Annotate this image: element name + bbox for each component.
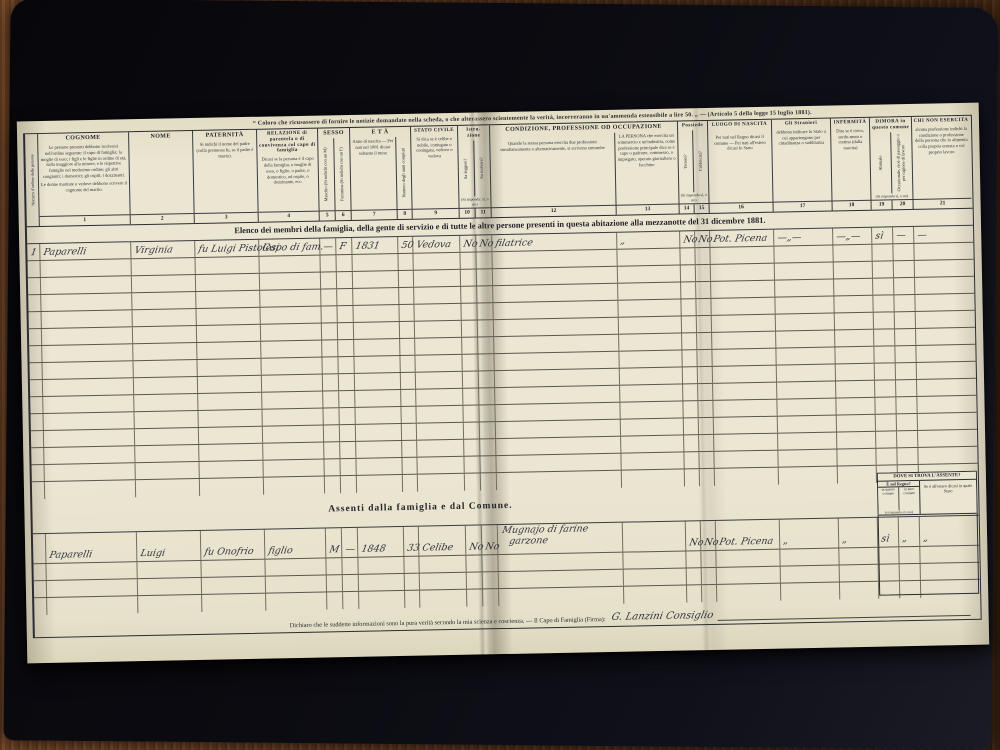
cell [44, 429, 135, 447]
cell [483, 572, 499, 588]
cell [260, 307, 321, 324]
cell [621, 435, 684, 452]
cell [915, 294, 973, 311]
cell [31, 448, 44, 464]
cell [682, 316, 697, 332]
handwritten-entry: „ [782, 537, 789, 548]
cell: „ [780, 518, 840, 548]
cell [357, 475, 403, 493]
cell [356, 441, 402, 458]
cell [43, 361, 134, 379]
cell [359, 591, 405, 609]
handwritten-entry: Mugnajo di farine garzone [499, 524, 589, 548]
cell [684, 435, 699, 451]
cell: fu Onofrio [201, 530, 266, 560]
cell [921, 563, 979, 580]
cell [715, 468, 779, 486]
cell [873, 261, 894, 277]
cell [28, 295, 41, 311]
handwritten-entry: 33 [406, 544, 420, 555]
cell [320, 255, 336, 271]
cell [681, 282, 696, 298]
cell: —„— [774, 229, 833, 246]
cell [353, 271, 399, 288]
cell [340, 459, 356, 475]
cell [682, 350, 697, 366]
cell: 1831 [352, 237, 398, 254]
cell [873, 278, 894, 294]
handwritten-entry: figlio [267, 546, 293, 557]
cell [778, 449, 837, 466]
cell [336, 255, 352, 271]
cell [711, 264, 775, 281]
cell [480, 439, 496, 455]
cell [621, 418, 684, 435]
cell [34, 598, 47, 615]
cell [45, 480, 136, 499]
cell [900, 581, 921, 598]
cell [695, 248, 710, 264]
cell [400, 339, 415, 355]
cell [260, 273, 321, 290]
cell [30, 363, 43, 379]
cell [699, 418, 714, 434]
cell [467, 572, 483, 588]
cell: Pot. Picena [710, 230, 774, 247]
cell: Paparelli [40, 242, 131, 260]
cell [202, 577, 266, 594]
cell [915, 277, 973, 294]
col-stato-civile: STATO CIVILE Si dica se è celibe o nubil… [411, 126, 460, 219]
cell [196, 291, 260, 308]
cell [879, 564, 900, 580]
cell [34, 581, 47, 597]
cell [776, 347, 835, 364]
cell [465, 473, 481, 490]
cell [712, 315, 776, 332]
cell [416, 372, 463, 389]
cell [712, 349, 776, 366]
cell [354, 356, 400, 373]
cell [619, 316, 682, 333]
cell [260, 290, 321, 307]
cell [401, 390, 416, 406]
cell [493, 284, 618, 302]
cell: M [326, 528, 343, 557]
cell [44, 412, 135, 430]
col-relazione: RELAZIONE di parentela o di convivenza c… [257, 129, 320, 222]
cell [42, 310, 133, 328]
cell [263, 426, 324, 443]
cell [696, 265, 711, 281]
cell [697, 350, 712, 366]
cell [324, 425, 340, 441]
cell [338, 323, 354, 339]
col-cognome: COGNOME Le persone presenti debbono iscr… [38, 132, 131, 226]
cell [478, 337, 494, 353]
cell [339, 374, 355, 390]
cell [138, 595, 202, 613]
handwritten-entry: —„— [776, 233, 802, 244]
cell [420, 573, 467, 590]
cell [618, 283, 681, 300]
cell [683, 367, 698, 383]
cell [697, 333, 712, 349]
cell [698, 384, 713, 400]
cell [262, 409, 323, 426]
cell [681, 265, 696, 281]
cell [624, 585, 687, 603]
cell [323, 391, 339, 407]
cell [624, 568, 687, 585]
cell [402, 424, 417, 440]
cell [713, 400, 777, 417]
cell [44, 446, 135, 464]
cell [327, 592, 343, 609]
cell [777, 381, 836, 398]
cell [339, 391, 355, 407]
cell: fu Luigi Pistolesi [195, 240, 259, 257]
cell [324, 442, 340, 458]
cell [493, 301, 618, 319]
cell [479, 388, 495, 404]
cell [467, 589, 483, 606]
cell [343, 592, 359, 609]
census-sheet: “ Coloro che ricusassero di fornire le n… [17, 103, 989, 664]
cell [41, 293, 132, 311]
cell: Pot. Picena [716, 520, 781, 550]
cell [414, 270, 461, 287]
cell [322, 340, 338, 356]
cell: 33 [404, 527, 420, 556]
cell [29, 346, 42, 362]
cell [418, 474, 465, 492]
cell [837, 449, 876, 466]
cell [682, 333, 697, 349]
handwritten-entry: „ [841, 535, 848, 546]
cell [132, 258, 196, 275]
cell [710, 247, 774, 264]
cell: No [460, 235, 476, 251]
cell [714, 417, 778, 434]
cell [898, 465, 919, 482]
cell: — [914, 226, 972, 243]
cell [684, 418, 699, 434]
cell [47, 579, 138, 597]
cell [495, 386, 620, 404]
cell [917, 396, 975, 413]
cell [779, 466, 838, 484]
cell [43, 395, 134, 413]
cell [199, 444, 263, 461]
cell [354, 322, 400, 339]
cell [259, 256, 320, 273]
cell [399, 288, 414, 304]
cell [400, 322, 415, 338]
col-possiede: Possiede Terreni? Fabbricati? (Si rispon… [678, 121, 710, 214]
cell: — [893, 227, 914, 243]
cell [321, 306, 337, 322]
cell [896, 380, 917, 396]
cell [133, 326, 197, 343]
cell [135, 428, 199, 445]
cell [28, 261, 41, 277]
cell [498, 553, 623, 571]
col-luogo-nascita: LUOGO DI NASCITA Pei nati nel Regno dica… [708, 120, 774, 213]
cell [879, 581, 900, 598]
cell [696, 282, 711, 298]
cell [687, 585, 702, 602]
cell [337, 289, 353, 305]
cell [340, 425, 356, 441]
cell [699, 435, 714, 451]
cell [353, 288, 399, 305]
cell [834, 279, 873, 296]
cell [341, 476, 357, 493]
cell [876, 448, 897, 464]
cell [623, 521, 687, 551]
cell: 50 [398, 237, 413, 253]
cell [464, 456, 480, 472]
cell [479, 405, 495, 421]
cell [33, 534, 47, 563]
cell [916, 328, 974, 345]
cell [342, 558, 358, 574]
cell [462, 320, 478, 336]
handwritten-entry: No [703, 538, 719, 549]
cell [326, 558, 342, 574]
cell [619, 350, 682, 367]
cell [482, 555, 498, 571]
cell [894, 295, 915, 311]
cell [415, 355, 462, 372]
cell [875, 363, 896, 379]
cell [464, 439, 480, 455]
cell [714, 451, 778, 468]
cell [42, 344, 133, 362]
cell: „ [839, 518, 879, 548]
cell [921, 580, 979, 598]
cell [914, 243, 972, 260]
cell [477, 286, 493, 302]
cell [620, 367, 683, 384]
cell [875, 397, 896, 413]
cell [43, 378, 134, 396]
cell [322, 357, 338, 373]
census-table: Numero d'ordine delle persone COGNOME Le… [23, 115, 982, 638]
cell [876, 414, 897, 430]
cell [197, 342, 261, 359]
handwritten-entry: No [688, 538, 704, 549]
cell [460, 252, 476, 268]
cell: filatrice [492, 233, 617, 251]
cell [495, 369, 620, 387]
cell [261, 341, 322, 358]
col-istruzione: Istru- zione Sa leggere? Sa scrivere? (S… [458, 125, 492, 218]
cell [135, 411, 199, 428]
cell [262, 375, 323, 392]
cell [834, 262, 873, 279]
cell [402, 441, 417, 457]
cell [400, 356, 415, 372]
cell [895, 329, 916, 345]
cell [621, 452, 684, 469]
cell: —„— [833, 228, 872, 245]
cell [681, 299, 696, 315]
cell [781, 565, 840, 582]
cell [197, 359, 261, 376]
cell [353, 305, 399, 322]
col-dimora: DIMORA in questo comune Abituale Occasio… [870, 117, 914, 210]
cell [702, 585, 717, 602]
cell [894, 261, 915, 277]
cell [337, 306, 353, 322]
cell [262, 392, 323, 409]
cell [874, 346, 895, 362]
cell [777, 398, 836, 415]
handwritten-entry: Celibe [421, 543, 454, 555]
cell [700, 469, 715, 486]
cell [414, 304, 461, 321]
cell [322, 323, 338, 339]
cell [31, 414, 44, 430]
cell [464, 422, 480, 438]
cell [399, 271, 414, 287]
handwritten-entry: No [462, 240, 478, 251]
cell [45, 463, 136, 481]
cell [417, 440, 464, 457]
cell [712, 332, 776, 349]
cell [463, 405, 479, 421]
cell [697, 316, 712, 332]
cell [402, 458, 417, 474]
handwritten-entry: —„— [835, 232, 861, 243]
cell [323, 408, 339, 424]
cell [132, 292, 196, 309]
cell [893, 244, 914, 260]
cell [325, 476, 341, 493]
handwritten-entry: 1848 [360, 544, 386, 555]
cell [196, 274, 260, 291]
cell [702, 568, 717, 584]
cell [135, 445, 199, 462]
cell [466, 555, 482, 571]
handwritten-entry: M [328, 545, 340, 556]
cell [920, 546, 978, 563]
cell [685, 469, 700, 486]
handwritten-entry: filatrice [494, 238, 533, 250]
cell [47, 596, 138, 615]
cell [620, 401, 683, 418]
cell [355, 373, 401, 390]
cell [41, 276, 132, 294]
cell [198, 376, 262, 393]
cell [356, 424, 402, 441]
cell [30, 380, 43, 396]
cell [132, 275, 196, 292]
cell [833, 245, 872, 262]
cell [338, 340, 354, 356]
cell [897, 448, 918, 464]
cell [874, 329, 895, 345]
cell [197, 325, 261, 342]
cell [834, 296, 873, 313]
cell [133, 309, 197, 326]
present-grid: 1PaparelliVirginiafu Luigi PistolesiCapo… [27, 226, 978, 499]
cell: figlio [265, 528, 327, 558]
handwritten-entry: sì [880, 535, 890, 546]
cell [477, 303, 493, 319]
cell [698, 401, 713, 417]
cell [915, 260, 973, 277]
cell [622, 469, 685, 487]
cell [775, 297, 834, 314]
cell [199, 427, 263, 444]
cell [324, 459, 340, 475]
cell [714, 434, 778, 451]
cell [32, 465, 45, 481]
cell [620, 384, 683, 401]
cell: 1 [27, 244, 40, 260]
cell [895, 346, 916, 362]
cell [699, 452, 714, 468]
cell: No [686, 521, 702, 550]
cell [916, 311, 974, 328]
cell: Celibe [419, 526, 467, 556]
cell [836, 381, 875, 398]
cell [477, 269, 493, 285]
cell [899, 547, 920, 563]
cell [878, 547, 899, 563]
cell [196, 308, 260, 325]
col-condizione-professione: CONDIZIONE, PROFESSIONE OD OCCUPAZIONE Q… [490, 122, 680, 218]
cell [327, 575, 343, 591]
handwritten-entry: — [322, 242, 334, 253]
cell [416, 389, 463, 406]
cell [917, 379, 975, 396]
cell [918, 413, 976, 430]
cell [195, 257, 259, 274]
cell [894, 278, 915, 294]
cell [776, 314, 835, 331]
cell [897, 431, 918, 447]
cell [835, 313, 874, 330]
cell: No [466, 525, 483, 554]
cell [202, 594, 266, 612]
cell [876, 431, 897, 447]
cell [323, 374, 339, 390]
cell [617, 249, 680, 266]
cell [497, 471, 622, 490]
cell [29, 329, 42, 345]
cell [838, 466, 877, 484]
handwritten-entry: Pot. Picena [718, 537, 774, 549]
cell [476, 252, 492, 268]
handwritten-entry: — [344, 545, 356, 556]
cell [405, 591, 420, 608]
handwritten-entry: Capo di fam. [261, 243, 324, 255]
cell [399, 305, 414, 321]
cell [340, 442, 356, 458]
cell [777, 364, 836, 381]
cell [837, 415, 876, 432]
cell [896, 397, 917, 413]
cell [263, 460, 324, 477]
handwritten-entry: Luigi [139, 549, 166, 560]
cell [31, 431, 44, 447]
cell [836, 364, 875, 381]
cell [266, 575, 327, 592]
